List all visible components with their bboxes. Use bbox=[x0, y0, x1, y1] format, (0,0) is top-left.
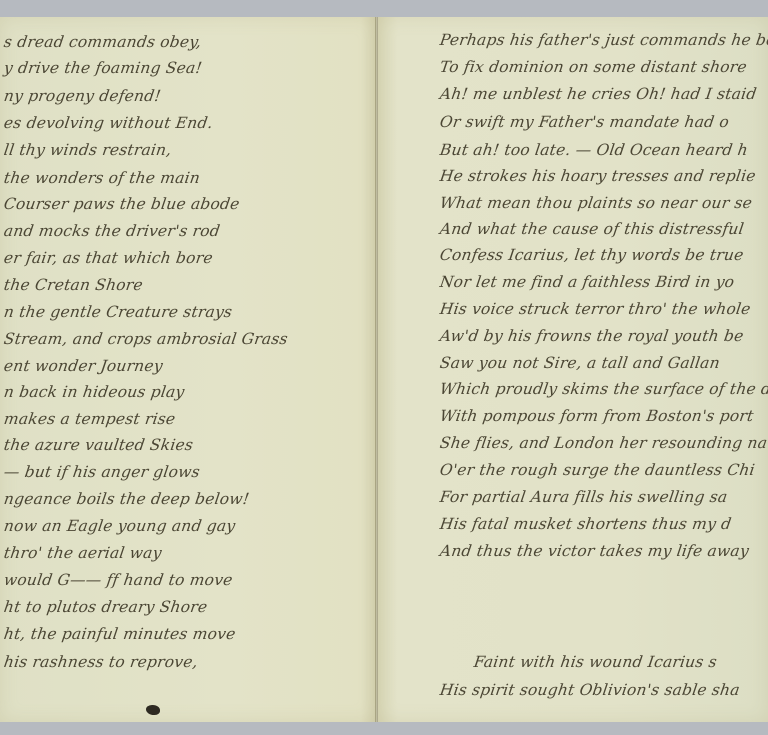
manuscript-line: For partial Aura fills his swelling sa bbox=[439, 488, 729, 506]
manuscript-line: And what the cause of this distressful bbox=[439, 220, 745, 238]
manuscript-line: O'er the rough surge the dauntless Chi bbox=[439, 461, 756, 479]
manuscript-line: ent wonder Journey bbox=[3, 357, 164, 375]
manuscript-line: But ah! too late. — Old Ocean heard h bbox=[439, 141, 749, 159]
left-page: s dread commands obey, y drive the foami… bbox=[0, 17, 376, 722]
manuscript-line: the Cretan Shore bbox=[3, 276, 144, 294]
manuscript-line: With pompous form from Boston's port bbox=[439, 407, 755, 425]
manuscript-line: s dread commands obey, bbox=[3, 33, 203, 51]
manuscript-line: Faint with his wound Icarius s bbox=[473, 653, 718, 671]
right-page: Perhaps his father's just commands he bo… bbox=[378, 17, 768, 722]
manuscript-line: es devolving without End. bbox=[3, 114, 214, 132]
manuscript-line: His voice struck terror thro' the whole bbox=[439, 300, 752, 318]
manuscript-line: Or swift my Father's mandate had o bbox=[439, 113, 731, 131]
manuscript-line: er fair, as that which bore bbox=[3, 249, 214, 267]
manuscript-line: Nor let me find a faithless Bird in yo bbox=[439, 273, 736, 291]
manuscript-line: would G—— ff hand to move bbox=[3, 571, 234, 589]
manuscript-line: n the gentle Creature strays bbox=[3, 303, 234, 321]
manuscript-line: His spirit sought Oblivion's sable sha bbox=[439, 681, 741, 699]
manuscript-line: thro' the aerial way bbox=[3, 544, 163, 562]
manuscript-line: Stream, and crops ambrosial Grass bbox=[3, 330, 289, 348]
manuscript-line: Ah! me unblest he cries Oh! had I staid bbox=[439, 85, 758, 103]
manuscript-line: ht, the painful minutes move bbox=[3, 625, 237, 643]
manuscript-line: ny progeny defend! bbox=[3, 87, 162, 105]
manuscript-line: What mean thou plaints so near our se bbox=[439, 194, 754, 212]
manuscript-line: Perhaps his father's just commands he bo… bbox=[439, 31, 768, 49]
manuscript-line: ngeance boils the deep below! bbox=[3, 490, 251, 508]
ink-blot bbox=[146, 705, 160, 715]
manuscript-scan: s dread commands obey, y drive the foami… bbox=[0, 0, 768, 735]
manuscript-line: To fix dominion on some distant shore bbox=[439, 58, 748, 76]
manuscript-line: now an Eagle young and gay bbox=[3, 517, 237, 535]
manuscript-line: Which proudly skims the surface of the d bbox=[439, 380, 768, 398]
manuscript-line: ll thy winds restrain, bbox=[3, 141, 173, 159]
manuscript-line: Aw'd by his frowns the royal youth be bbox=[439, 327, 745, 345]
manuscript-line: Confess Icarius, let thy words be true bbox=[439, 246, 745, 264]
manuscript-line: ht to plutos dreary Shore bbox=[3, 598, 209, 616]
manuscript-line: Saw you not Sire, a tall and Gallan bbox=[439, 354, 721, 372]
manuscript-line: n back in hideous play bbox=[3, 383, 186, 401]
manuscript-line: y drive the foaming Sea! bbox=[3, 59, 204, 77]
manuscript-line: — but if his anger glows bbox=[3, 463, 201, 481]
manuscript-line: And thus the victor takes my life away bbox=[439, 542, 750, 560]
manuscript-line: She flies, and London her resounding na bbox=[439, 434, 768, 452]
manuscript-line: and mocks the driver's rod bbox=[3, 222, 222, 240]
manuscript-line: the wonders of the main bbox=[3, 169, 202, 187]
manuscript-line: his rashness to reprove, bbox=[3, 653, 199, 671]
manuscript-line: His fatal musket shortens thus my d bbox=[439, 515, 733, 533]
manuscript-line: makes a tempest rise bbox=[3, 410, 177, 428]
manuscript-line: Courser paws the blue abode bbox=[3, 195, 241, 213]
manuscript-line: He strokes his hoary tresses and replie bbox=[439, 167, 757, 185]
manuscript-line: the azure vaulted Skies bbox=[3, 436, 195, 454]
